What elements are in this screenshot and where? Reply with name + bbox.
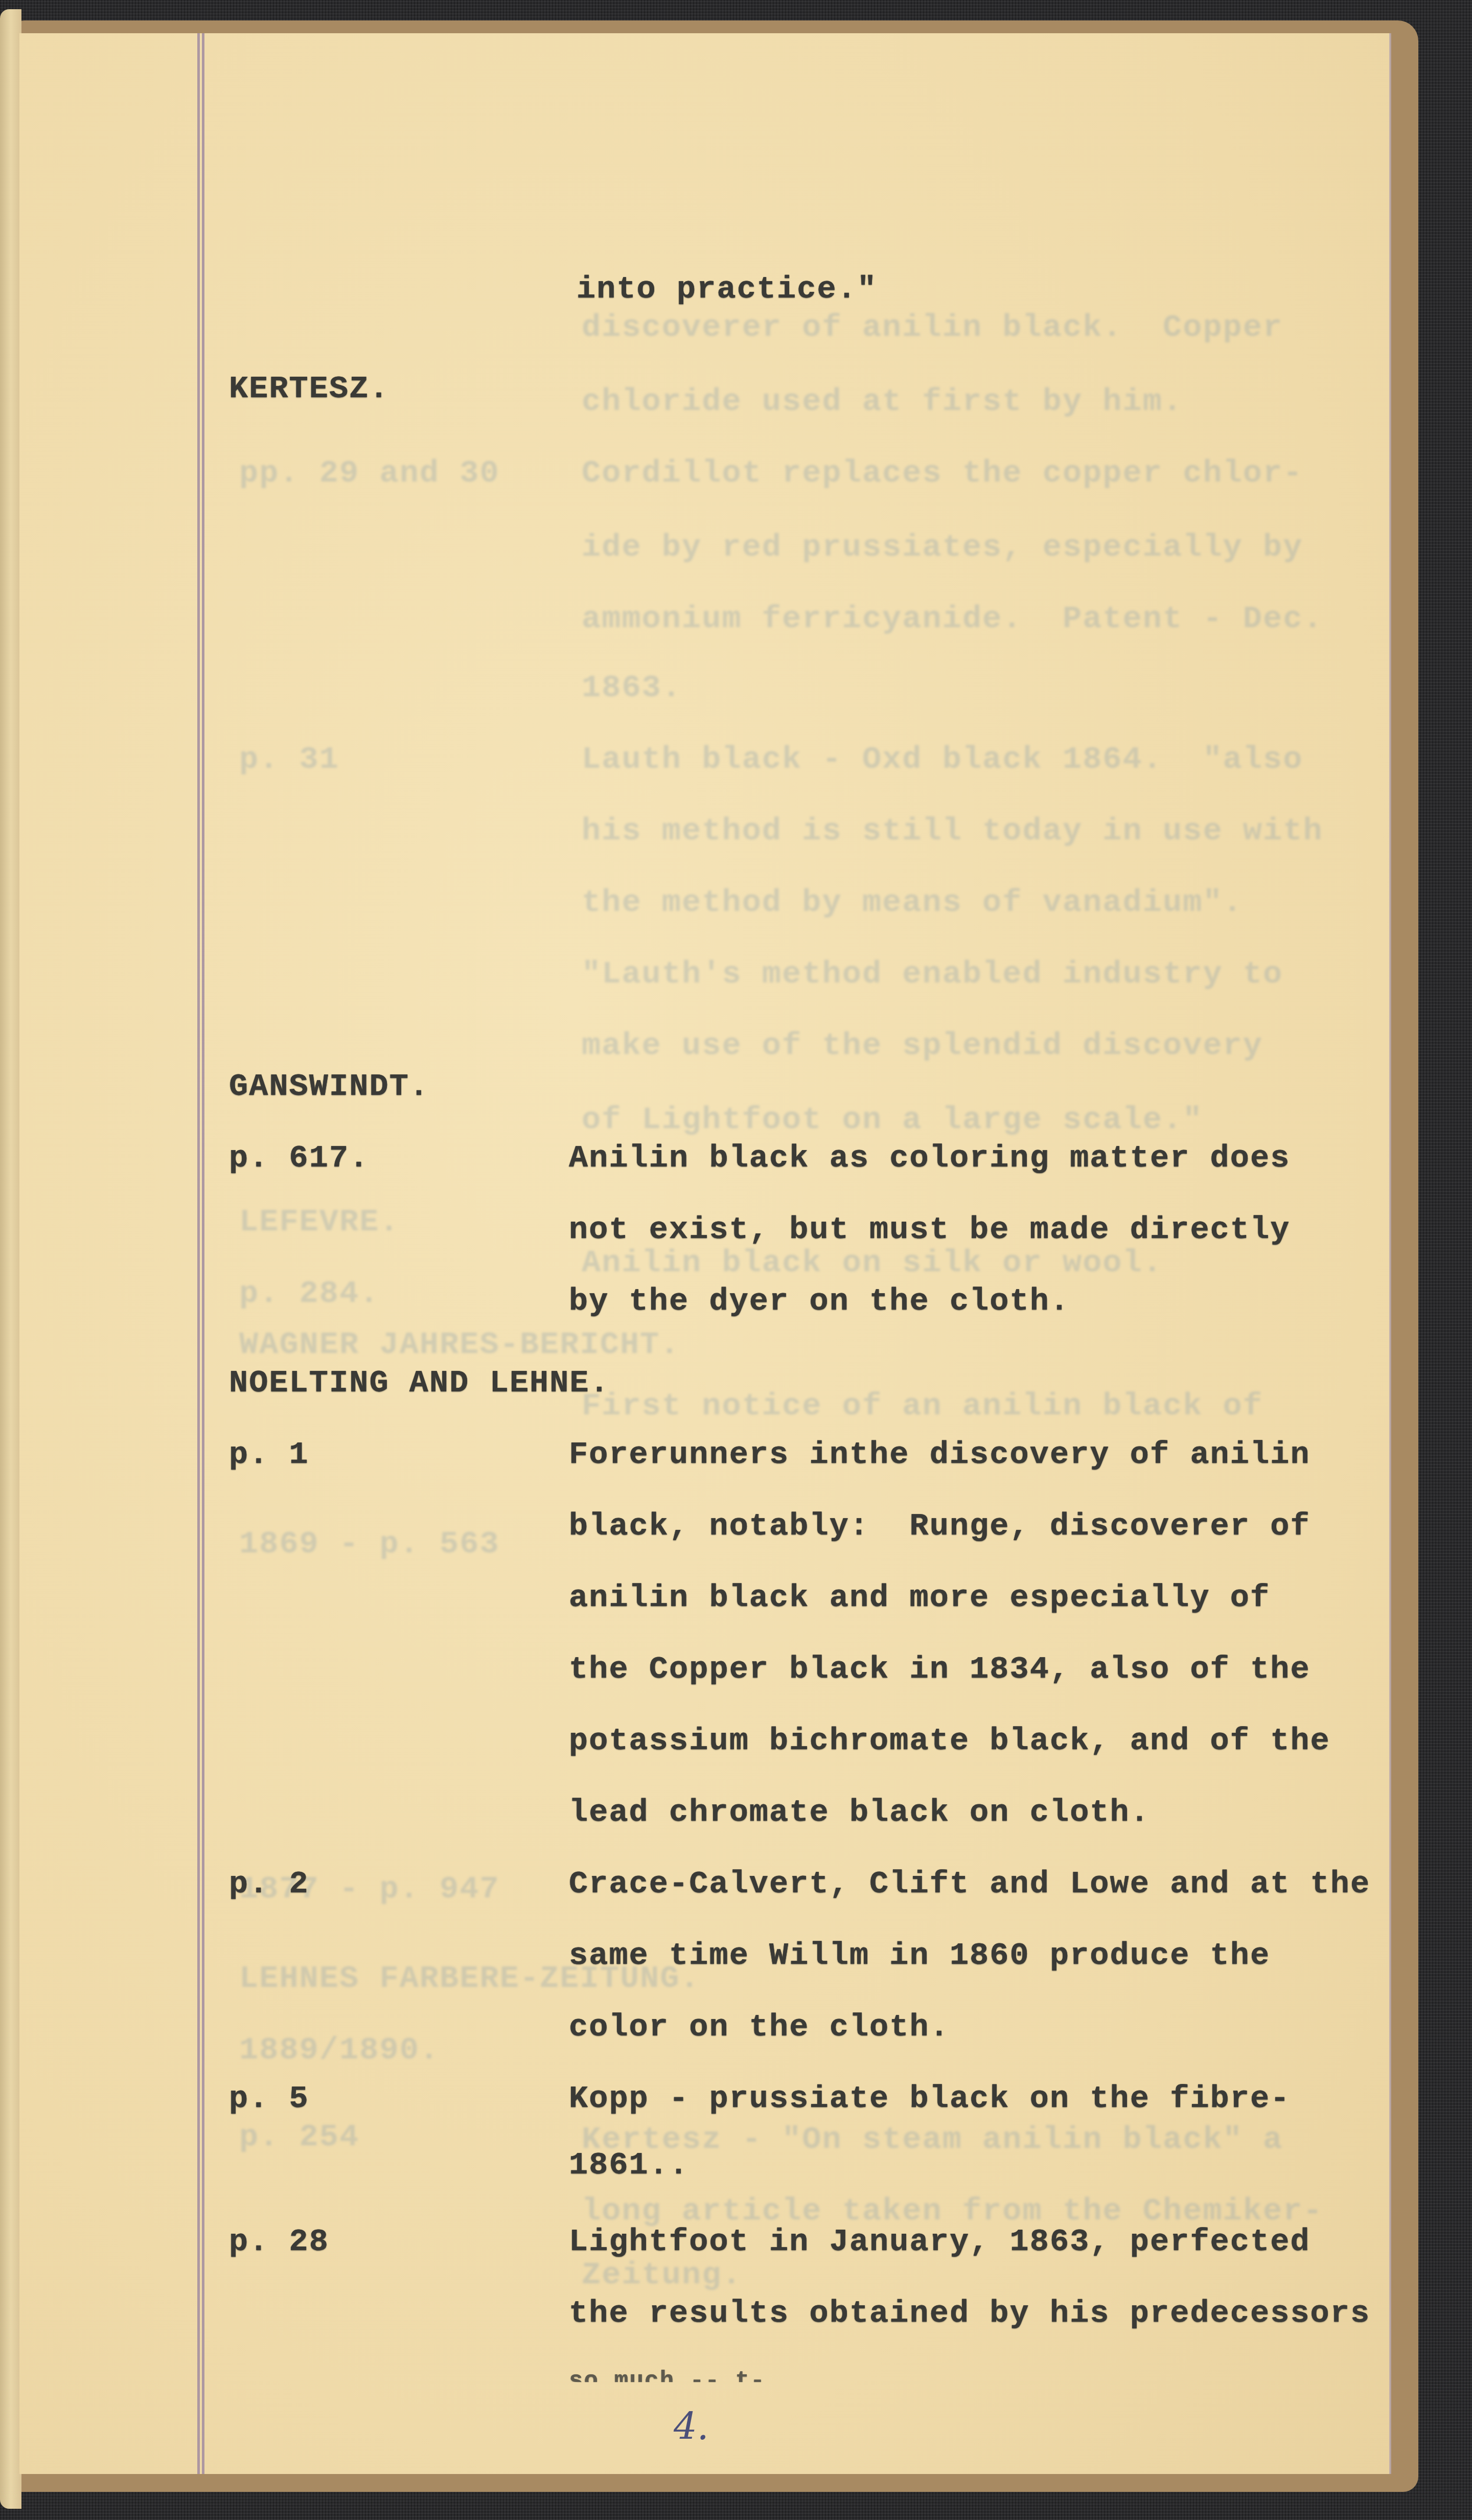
bleed-through-line: of Lightfoot on a large scale." — [582, 1104, 1203, 1136]
note-line: Crace-Calvert, Clift and Lowe and at the — [569, 1868, 1370, 1900]
bleed-through-line: discoverer of anilin black. Copper — [582, 312, 1283, 343]
author-heading-ganswindt: GANSWINDT. — [229, 1071, 429, 1103]
note-line: the results obtained by his predecessors — [569, 2298, 1370, 2329]
bleed-through-line: Lauth black - Oxd black 1864. "also — [582, 744, 1303, 775]
page-ref: p. 1 — [229, 1439, 309, 1471]
handwritten-page-number: 4. — [674, 2405, 709, 2448]
bleed-through-ref: 1889/1890. — [239, 2034, 440, 2066]
bleed-through-line: make use of the splendid discovery — [582, 1030, 1263, 1062]
bleed-through-line: First notice of an anilin black of — [582, 1390, 1263, 1422]
note-line: same time Willm in 1860 produce the — [569, 1940, 1270, 1972]
note-line-cut-off: so much -- t- — [569, 2369, 766, 2393]
note-line: lead chromate black on cloth. — [569, 1797, 1150, 1828]
bleed-through-line: Zeitung. — [582, 2259, 742, 2291]
note-line: the Copper black in 1834, also of the — [569, 1654, 1310, 1685]
bleed-through-line: the method by means of vanadium". — [582, 887, 1243, 919]
page-ref: p. 2 — [229, 1868, 309, 1900]
note-line: color on the cloth. — [569, 2011, 950, 2043]
bleed-through-line: "Lauth's method enabled industry to — [582, 958, 1283, 990]
bleed-through-line: ammonium ferricyanide. Patent - Dec. — [582, 603, 1323, 635]
note-line: anilin black and more especially of — [569, 1582, 1270, 1614]
note-line: not exist, but must be made directly — [569, 1214, 1290, 1246]
bleed-through-ref: WAGNER JAHRES-BERICHT. — [239, 1329, 680, 1361]
bleed-through-ref: p. 284. — [239, 1278, 379, 1310]
margin-rule-right — [1389, 33, 1391, 2474]
continuation-line: into practice." — [577, 273, 877, 305]
bleed-through-line: long article taken from the Chemiker- — [582, 2195, 1323, 2227]
note-line: potassium bichromate black, and of the — [569, 1725, 1330, 1757]
note-line: Forerunners inthe discovery of anilin — [569, 1439, 1310, 1471]
bleed-through-line: chloride used at first by him. — [582, 386, 1183, 418]
note-line: black, notably: Runge, discoverer of — [569, 1510, 1310, 1542]
bleed-through-line: 1863. — [582, 672, 682, 704]
bleed-through-ref: LEFEVRE. — [239, 1206, 400, 1238]
note-line: by the dyer on the cloth. — [569, 1286, 1070, 1317]
bleed-through-ref: p. 31 — [239, 744, 339, 775]
page-ref: p. 28 — [229, 2226, 329, 2258]
bleed-through-ref: p. 254 — [239, 2121, 359, 2153]
author-heading-kertesz: KERTESZ. — [229, 373, 389, 405]
note-line: Kopp - prussiate black on the fibre- — [569, 2083, 1290, 2115]
bleed-through-line: Anilin black on silk or wool. — [582, 1247, 1163, 1279]
margin-rule-left-second — [202, 33, 204, 2474]
author-heading-noelting-lehne: NOELTING AND LEHNE. — [229, 1367, 610, 1399]
bleed-through-ref: pp. 29 and 30 — [239, 457, 500, 489]
previous-page-curl — [0, 9, 21, 2509]
bleed-through-line: ide by red prussiates, especially by — [582, 532, 1303, 563]
bleed-through-line: Cordillot replaces the copper chlor- — [582, 457, 1303, 489]
note-line: 1861.. — [569, 2149, 689, 2181]
bleed-through-ref: 1869 - p. 563 — [239, 1528, 500, 1560]
note-line: Anilin black as coloring matter does — [569, 1142, 1290, 1174]
bleed-through-line: his method is still today in use with — [582, 815, 1323, 847]
margin-rule-left — [197, 33, 200, 2474]
page-ref: p. 617. — [229, 1142, 369, 1174]
note-line: Lightfoot in January, 1863, perfected — [569, 2226, 1310, 2258]
page-ref: p. 5 — [229, 2083, 309, 2115]
document-page: discoverer of anilin black. Copper chlor… — [19, 33, 1390, 2474]
